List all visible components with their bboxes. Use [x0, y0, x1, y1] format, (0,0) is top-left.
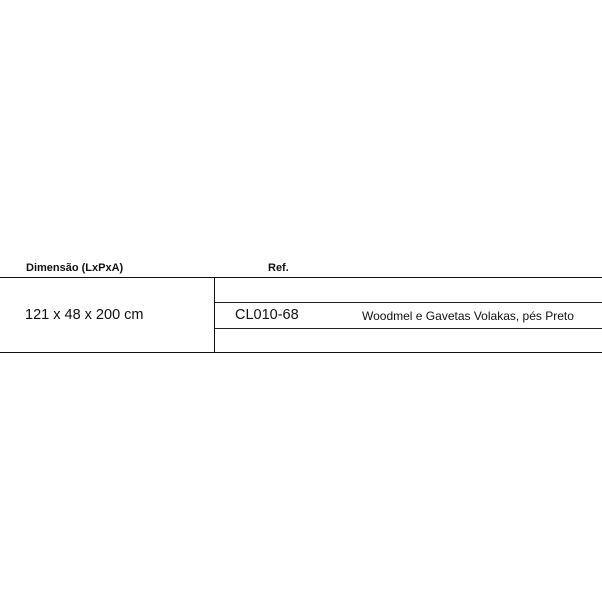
header-ref: Ref.: [268, 262, 289, 274]
row-divider-lower: [215, 328, 602, 329]
table-bottom-border: [0, 352, 602, 353]
header-dimension: Dimensão (LxPxA): [26, 262, 123, 274]
row-divider-upper: [215, 302, 602, 303]
cell-dimension: 121 x 48 x 200 cm: [25, 307, 144, 323]
cell-ref: CL010-68: [235, 307, 299, 323]
cell-description: Woodmel e Gavetas Volakas, pés Preto: [362, 309, 574, 323]
column-divider: [214, 278, 215, 353]
table-top-border: [0, 277, 602, 278]
